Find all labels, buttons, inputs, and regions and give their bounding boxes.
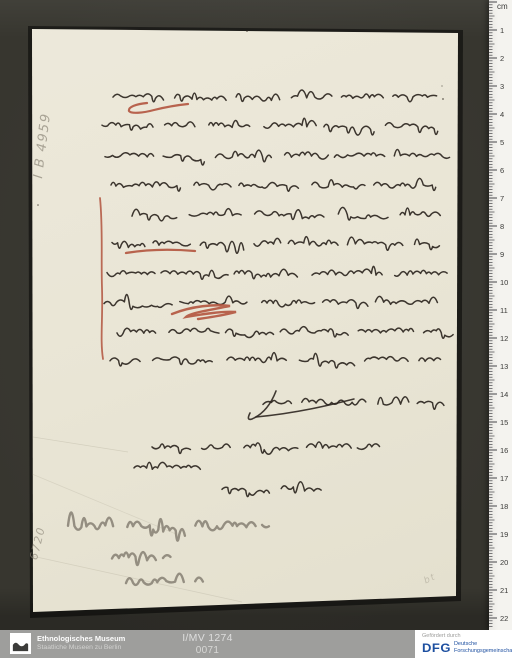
dfg-logo-row: DFG Deutsche Forschungsgemeinschaft xyxy=(422,640,512,655)
handwriting-line xyxy=(110,353,441,368)
handwriting-line xyxy=(113,90,437,102)
ruler-number: 13 xyxy=(500,362,508,371)
ruler-number: 4 xyxy=(500,110,504,119)
ruler-number: 19 xyxy=(500,530,508,539)
institution-subtitle: Staatliche Museen zu Berlin xyxy=(37,644,125,653)
handwriting-line xyxy=(134,462,200,469)
ruler-number: 14 xyxy=(500,390,508,399)
measurement-ruler: cm12345678910111213141516171819202122 xyxy=(489,0,512,631)
ruler-number: 5 xyxy=(500,138,504,147)
svg-text:cm: cm xyxy=(497,2,508,11)
handwriting-line xyxy=(222,482,321,497)
ruler-number: 12 xyxy=(500,334,508,343)
viewer-footer: Ethnologisches Museum Staatliche Museen … xyxy=(0,630,512,658)
ruler-number: 10 xyxy=(500,278,508,287)
corner-pencil-mark: bt xyxy=(422,572,437,586)
handwriting-overlay: I B 49596720bt xyxy=(0,0,512,658)
ruler-number: 1 xyxy=(500,26,504,35)
ruler-number: 2 xyxy=(500,54,504,63)
ruler-number: 20 xyxy=(500,558,508,567)
handwriting-line xyxy=(117,327,453,339)
dfg-logo: DFG xyxy=(422,640,451,654)
ruler-number: 3 xyxy=(500,82,504,91)
ruler-number: 11 xyxy=(500,306,508,315)
red-underline-first-line xyxy=(129,103,188,113)
institution-title: Ethnologisches Museum xyxy=(37,634,125,644)
ruler-number: 21 xyxy=(500,586,508,595)
handwriting-line xyxy=(68,512,269,540)
handwriting-line xyxy=(152,442,379,454)
dfg-org-line2: Forschungsgemeinschaft xyxy=(454,648,512,654)
ink-speck xyxy=(442,98,444,100)
archive-scan-viewer: I B 49596720bt cm12345678910111213141516… xyxy=(0,0,512,658)
ruler-number: 22 xyxy=(500,614,508,623)
paper-crease xyxy=(33,437,128,452)
ruler-number: 6 xyxy=(500,166,504,175)
margin-inventory-number: I B 4959 xyxy=(31,112,54,179)
ink-speck xyxy=(37,204,39,206)
handwriting-line xyxy=(104,295,437,310)
institution-text: Ethnologisches Museum Staatliche Museen … xyxy=(37,634,125,653)
handwriting-line xyxy=(132,207,440,220)
ink-speck xyxy=(441,85,442,86)
ruler-number: 15 xyxy=(500,418,508,427)
ruler-number: 18 xyxy=(500,502,508,511)
ruler-number: 9 xyxy=(500,250,504,259)
red-margin-line xyxy=(100,198,103,359)
handwriting-line xyxy=(105,149,450,165)
handwriting-line xyxy=(107,266,447,279)
ruler-number: 8 xyxy=(500,222,504,231)
red-underline-mid xyxy=(126,250,195,253)
ruler-number: 16 xyxy=(500,446,508,455)
handwriting-line xyxy=(111,178,436,191)
ruler-number: 7 xyxy=(500,194,504,203)
dfg-funding-box: Gefördert durch DFG Deutsche Forschungsg… xyxy=(415,630,512,658)
institution-branding: Ethnologisches Museum Staatliche Museen … xyxy=(10,633,125,654)
smb-logo-icon xyxy=(10,633,31,654)
ruler-number: 17 xyxy=(500,474,508,483)
handwriting-line xyxy=(112,552,171,565)
ink-speck xyxy=(246,30,248,32)
dfg-org-name: Deutsche Forschungsgemeinschaft xyxy=(454,641,512,654)
ruler-scale: cm12345678910111213141516171819202122 xyxy=(489,0,512,631)
handwriting-line xyxy=(102,118,438,135)
red-scribble xyxy=(172,305,236,319)
funding-label: Gefördert durch xyxy=(422,633,512,639)
margin-folio-number: 6720 xyxy=(27,525,48,561)
